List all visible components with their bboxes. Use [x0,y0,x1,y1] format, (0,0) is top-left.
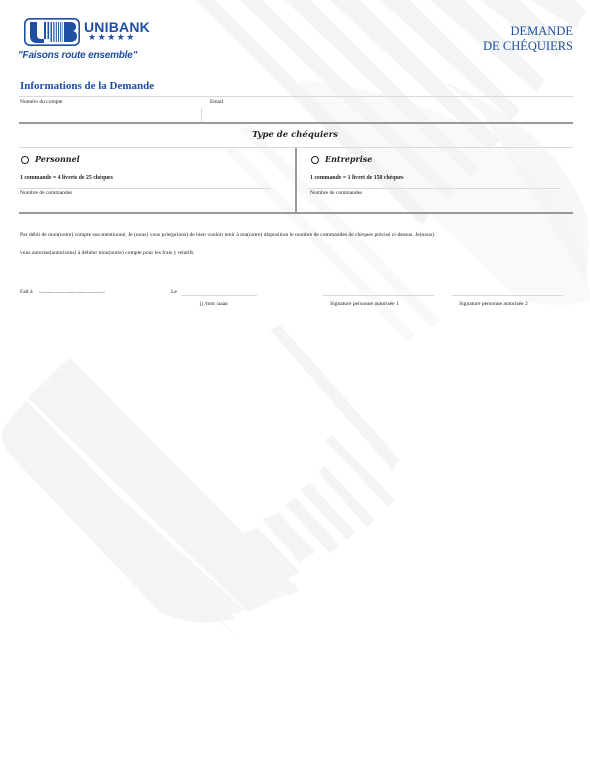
section-divider-thick [19,122,573,124]
place-field[interactable]: ........................................… [39,289,105,295]
signature2-line[interactable] [452,295,563,296]
entreprise-orders-input[interactable] [310,198,560,210]
brand-tagline: "Faisons route ensemble" [18,50,137,61]
authorization-text-line1: Par débit de mon(notre) compte sus-menti… [20,232,434,238]
cheque-request-form: UNIBANK ★★★★★ "Faisons route ensemble" D… [0,0,590,760]
section-title-request-info: Informations de la Demande [20,80,154,92]
entreprise-label[interactable]: Entreprise [325,154,372,164]
date-label: Le [171,289,177,295]
account-number-input[interactable] [20,108,198,120]
personnel-orders-input[interactable] [20,198,270,210]
date-field[interactable] [181,295,257,296]
entreprise-divider [309,188,561,189]
entreprise-description: 1 commande = 1 livret de 150 chèques [310,175,404,181]
personnel-description: 1 commande = 4 livrets de 25 chèques [20,175,113,181]
entreprise-orders-label: Nombre de commandes [310,190,362,196]
document-title-line1: DEMANDE [483,24,573,39]
type-section-bottom-divider [19,212,573,214]
brand-stars: ★★★★★ [88,33,136,43]
section-divider [19,96,573,97]
email-input[interactable] [206,108,572,120]
authorization-text-line2: vous autorise(autorisons) à débiter mon(… [20,250,195,256]
signature1-label: Signature personne autorisée 1 [330,301,399,307]
personnel-radio[interactable] [21,156,29,164]
unibank-logo: UNIBANK ★★★★★ "Faisons route ensemble" [18,17,148,63]
signature2-label: Signature personne autorisée 2 [459,301,528,307]
account-number-label: Numéro du compte [20,99,62,105]
email-label: Email [210,99,223,105]
personnel-divider [19,188,271,189]
unibank-logo-mark-icon [24,18,80,46]
date-format-hint: jj /mm /aaaa [200,301,228,307]
document-title-line2: DE CHÉQUIERS [483,39,573,54]
options-separator [295,148,297,213]
personnel-label[interactable]: Personnel [35,154,80,164]
document-title: DEMANDE DE CHÉQUIERS [483,24,573,54]
personnel-orders-label: Nombre de commandes [20,190,72,196]
place-label: Fait à [20,289,33,295]
checkbook-type-title: Type de chéquiers [0,130,590,140]
entreprise-radio[interactable] [311,156,319,164]
signature1-line[interactable] [323,295,434,296]
field-separator [201,108,202,122]
